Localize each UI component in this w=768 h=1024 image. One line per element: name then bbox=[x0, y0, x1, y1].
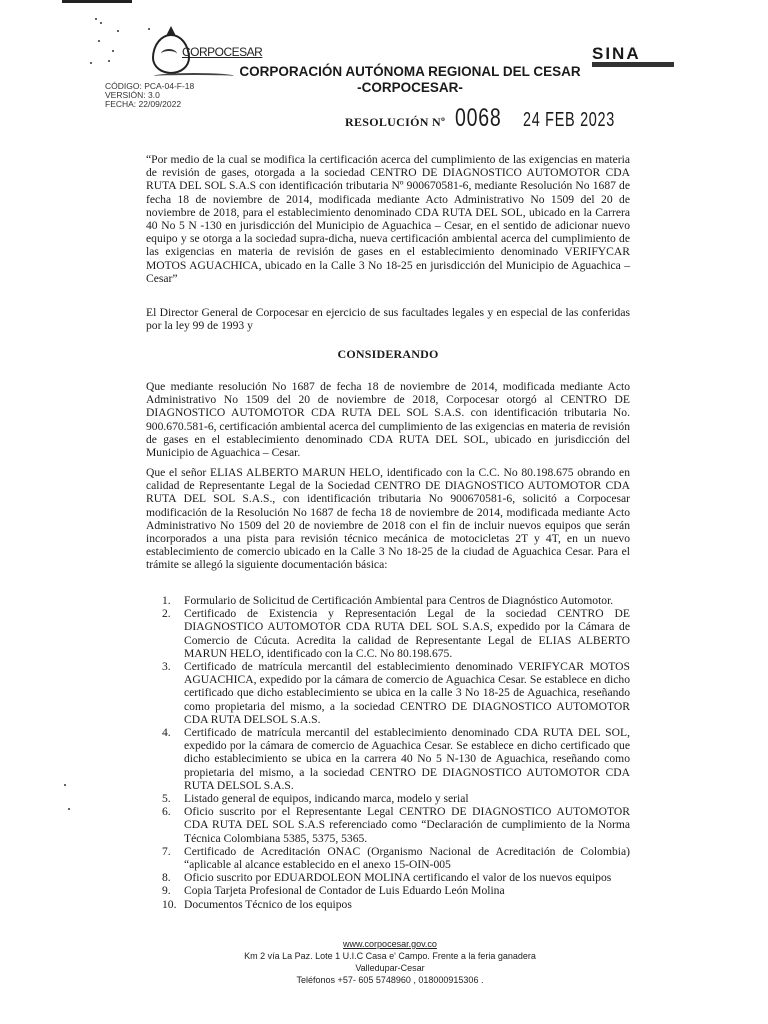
list-item: 5.Listado general de equipos, indicando … bbox=[150, 792, 630, 805]
organization-title: CORPORACIÓN AUTÓNOMA REGIONAL DEL CESAR … bbox=[200, 64, 620, 96]
authority-statement: El Director General de Corpocesar en eje… bbox=[146, 306, 630, 332]
list-item: 8.Oficio suscrito por EDUARDOLEON MOLINA… bbox=[150, 871, 630, 884]
preamble: “Por medio de la cual se modifica la cer… bbox=[146, 153, 630, 285]
considerando-heading: CONSIDERANDO bbox=[146, 347, 630, 362]
list-item: 10.Documentos Técnico de los equipos bbox=[150, 898, 630, 911]
paragraph-2: Que el señor ELIAS ALBERTO MARUN HELO, i… bbox=[146, 466, 630, 572]
resolution-label: RESOLUCIÓN Nº bbox=[345, 115, 445, 130]
footer-website-link[interactable]: www.corpocesar.gov.co bbox=[180, 938, 600, 950]
logo-text: CORPOCESAR bbox=[182, 45, 262, 59]
list-item: 1.Formulario de Solicitud de Certificaci… bbox=[150, 594, 630, 607]
sina-logo: SINA bbox=[592, 44, 674, 67]
org-short: -CORPOCESAR- bbox=[200, 80, 620, 96]
documents-list: 1.Formulario de Solicitud de Certificaci… bbox=[150, 594, 630, 911]
footer-phones: Teléfonos +57- 605 5748960 , 01800091530… bbox=[180, 974, 600, 986]
paragraph-1: Que mediante resolución No 1687 de fecha… bbox=[146, 380, 630, 459]
list-item: 7.Certificado de Acreditación ONAC (Orga… bbox=[150, 845, 630, 871]
resolution-header: RESOLUCIÓN Nº 0068 24 FEB 2023 bbox=[345, 104, 651, 133]
meta-fecha: FECHA: 22/09/2022 bbox=[105, 100, 194, 109]
list-item: 9.Copia Tarjeta Profesional de Contador … bbox=[150, 884, 630, 897]
resolution-number: 0068 bbox=[455, 104, 503, 133]
footer: www.corpocesar.gov.co Km 2 vía La Paz. L… bbox=[180, 938, 600, 986]
list-item: 2.Certificado de Existencia y Representa… bbox=[150, 607, 630, 660]
document-meta: CÓDIGO: PCA-04-F-18 VERSIÓN: 3.0 FECHA: … bbox=[105, 82, 194, 109]
sina-text: SINA bbox=[592, 44, 674, 64]
list-item: 3.Certificado de matrícula mercantil del… bbox=[150, 660, 630, 726]
scan-artifact bbox=[62, 0, 132, 3]
footer-city: Valledupar-Cesar bbox=[180, 962, 600, 974]
list-item: 6.Oficio suscrito por el Representante L… bbox=[150, 805, 630, 845]
list-item: 4.Certificado de matrícula mercantil del… bbox=[150, 726, 630, 792]
resolution-date: 24 FEB 2023 bbox=[523, 109, 615, 132]
org-name: CORPORACIÓN AUTÓNOMA REGIONAL DEL CESAR bbox=[200, 64, 620, 80]
footer-address: Km 2 vía La Paz. Lote 1 U.I.C Casa e' Ca… bbox=[180, 950, 600, 962]
